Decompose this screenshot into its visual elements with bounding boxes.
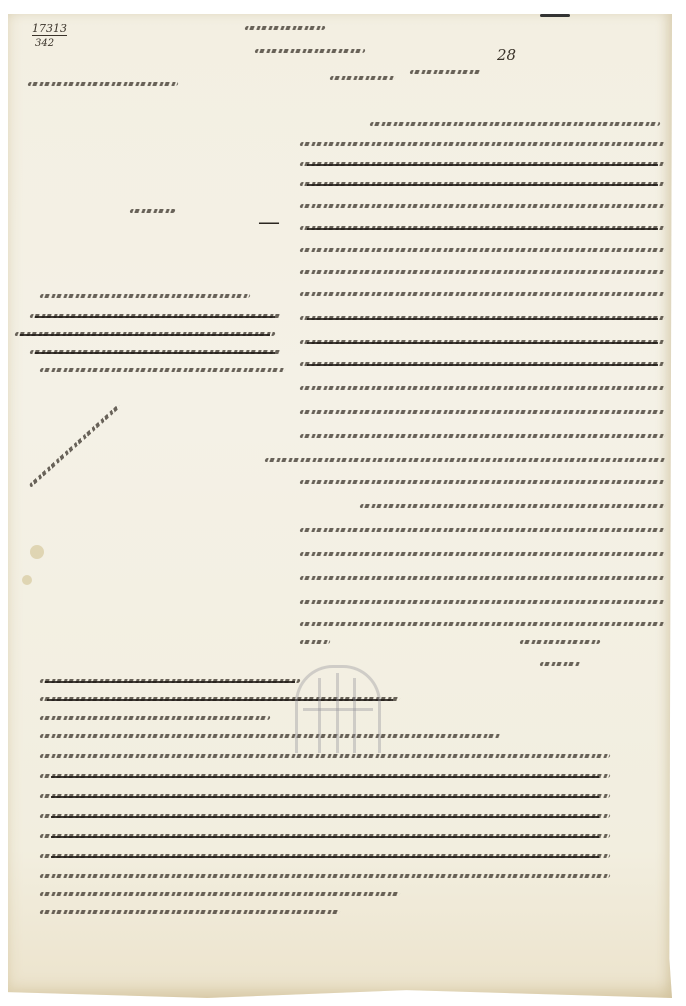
handwriting-stroke [39,910,340,914]
strikethrough [307,318,657,320]
handwriting-stroke [299,292,665,296]
body-handwriting-line [300,430,665,442]
handwriting-stroke [39,368,285,372]
margin-handwriting-line [30,346,280,358]
draft-handwriting-line [40,712,270,724]
margin-handwriting-line [40,364,285,376]
handwriting-stroke [39,734,500,738]
draft-handwriting-line [40,888,400,900]
handwriting-stroke [39,892,400,896]
draft-handwriting-line [40,810,610,822]
strikethrough [51,836,598,838]
strikethrough [35,352,275,354]
strikethrough [307,342,657,344]
body-handwriting-line [300,358,665,370]
strikethrough [307,184,657,186]
body-handwriting-line [300,406,665,418]
header-handwriting-line [245,22,325,34]
body-handwriting-line [300,266,665,278]
folio-number: 28 [497,46,516,64]
handwriting-stroke [299,142,665,146]
handwriting-stroke [244,26,325,30]
handwriting-stroke [299,640,330,644]
strikethrough [51,796,598,798]
body-handwriting-line [300,138,665,150]
handwriting-stroke [409,70,480,74]
body-handwriting-line [300,288,665,300]
paper-stain [22,575,32,585]
handwriting-stroke [299,528,665,532]
draft-handwriting-line [40,870,610,882]
handwriting-stroke [369,122,660,126]
archive-number-top: 17313 [32,22,67,36]
handwriting-stroke [299,622,665,626]
body-handwriting-line [300,636,330,648]
strikethrough [51,816,598,818]
handwriting-stroke [299,270,665,274]
handwriting-stroke [27,82,178,86]
body-handwriting-line [360,500,665,512]
handwriting-stroke [299,410,665,414]
archive-number-bottom: 342 [35,38,54,49]
handwriting-stroke [39,754,610,758]
body-handwriting-line [300,336,665,348]
draft-handwriting-line [40,850,610,862]
handwriting-stroke [299,204,665,208]
page-edge-mark [540,14,570,17]
handwriting-stroke [519,640,600,644]
strikethrough [45,681,295,683]
handwriting-stroke [299,434,665,438]
body-handwriting-line [300,476,665,488]
handwriting-stroke [299,480,665,484]
signature-line [540,658,580,670]
body-handwriting-line [300,222,665,234]
signature-line [520,636,600,648]
margin-handwriting-line [40,290,250,302]
body-handwriting-line [300,178,665,190]
draft-handwriting-line [40,830,610,842]
strikethrough [307,228,657,230]
draft-handwriting-line [40,730,500,742]
body-handwriting-line [300,244,665,256]
draft-handwriting-line [40,790,610,802]
strikethrough [307,364,657,366]
handwriting-stroke [264,458,665,462]
handwriting-stroke [299,386,665,390]
header-handwriting-line [410,66,480,78]
body-handwriting-line [300,524,665,536]
strikethrough [51,776,598,778]
handwriting-stroke [39,716,270,720]
body-handwriting-line [300,312,665,324]
body-handwriting-line [300,158,665,170]
handwriting-stroke [299,248,665,252]
body-handwriting-line [300,596,665,608]
handwriting-stroke [129,209,175,213]
draft-handwriting-line [40,675,300,687]
margin-handwriting-line [30,310,280,322]
body-handwriting-line [300,618,665,630]
handwriting-stroke [359,504,665,508]
handwriting-stroke [254,49,365,53]
strikethrough [51,856,598,858]
margin-handwriting-line [15,328,275,340]
header-handwriting-line [255,45,365,57]
handwriting-stroke [39,874,610,878]
body-handwriting-line [300,572,665,584]
margin-note-line [28,78,178,90]
margin-handwriting-line [130,205,175,217]
body-handwriting-line [265,454,665,466]
body-handwriting-line [300,548,665,560]
archive-watermark-stamp [295,665,381,753]
draft-handwriting-line [40,770,610,782]
body-handwriting-line [300,382,665,394]
strikethrough [307,164,657,166]
body-handwriting-line [370,118,660,130]
margin-dash: — [258,210,281,235]
handwriting-stroke [39,294,250,298]
handwriting-stroke [329,76,395,80]
body-handwriting-line [300,200,665,212]
handwriting-stroke [299,576,665,580]
handwriting-stroke [539,662,580,666]
draft-handwriting-line [40,906,340,918]
paper-stain [30,545,44,559]
header-handwriting-line [330,72,395,84]
handwriting-stroke [299,600,665,604]
handwriting-stroke [299,552,665,556]
strikethrough [35,316,275,318]
strikethrough [20,334,270,336]
